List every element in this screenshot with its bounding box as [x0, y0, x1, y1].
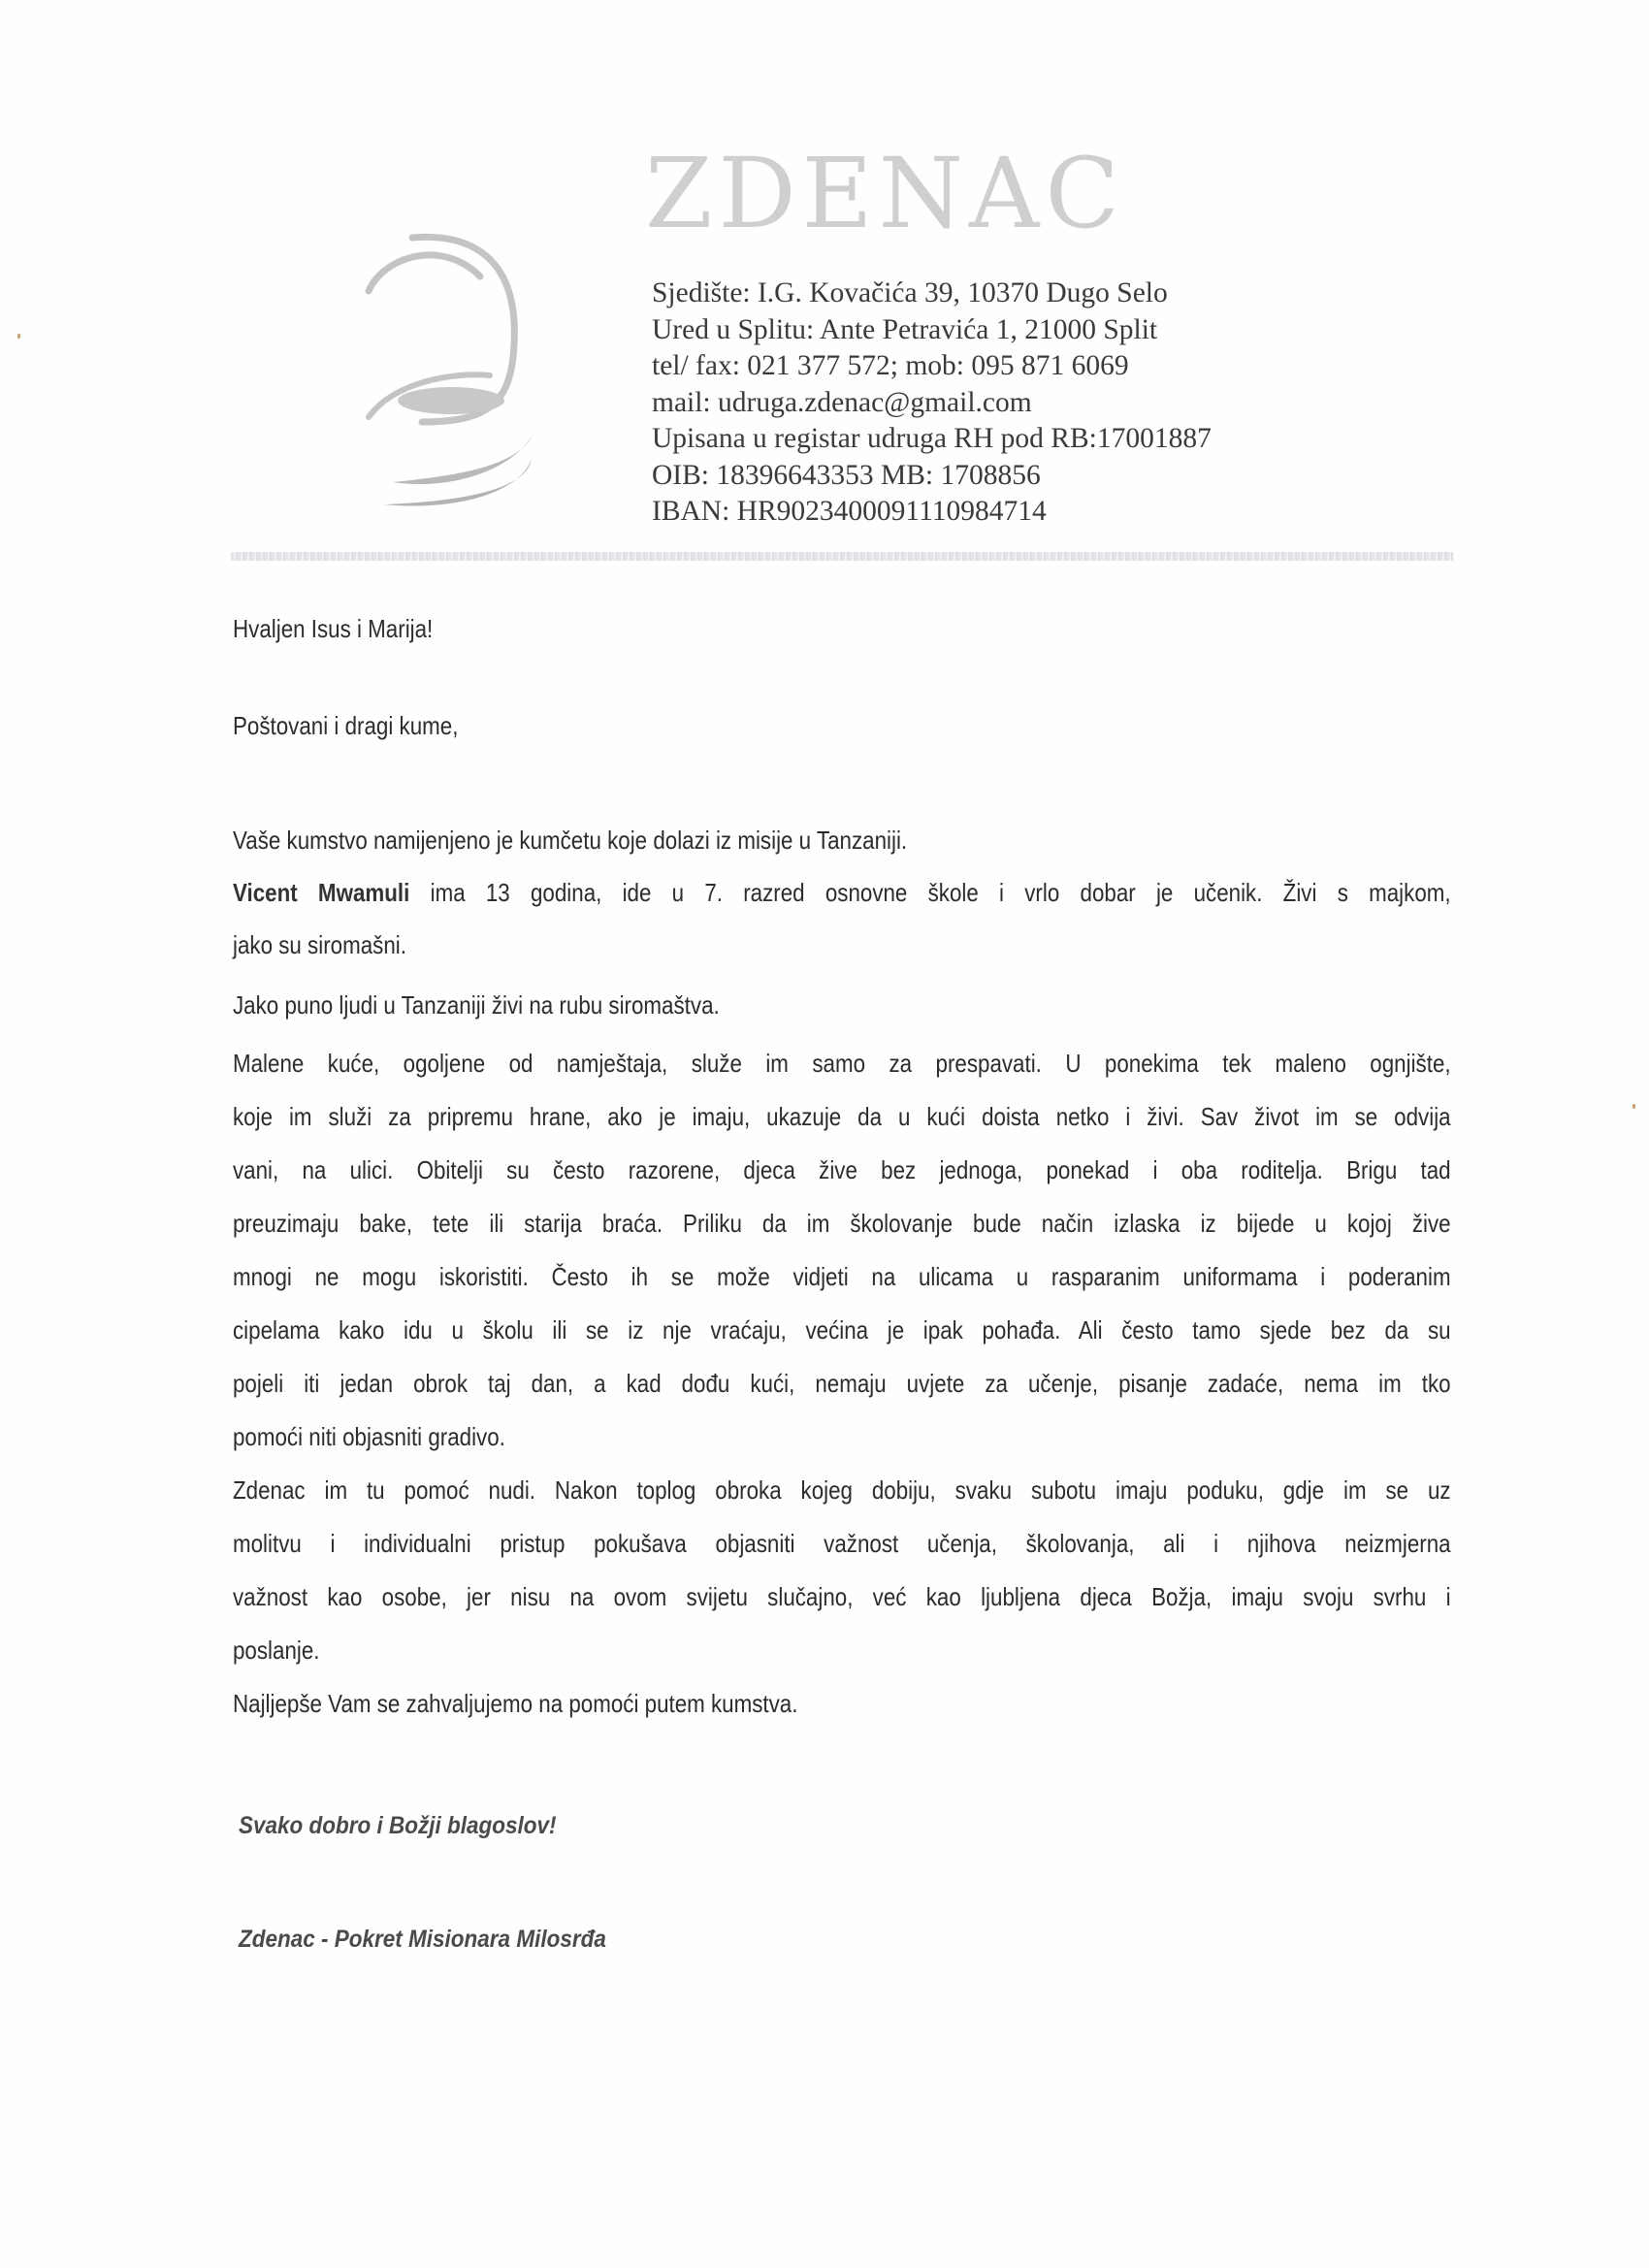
address-hq: Sjedište: I.G. Kovačića 39, 10370 Dugo S…: [652, 275, 1212, 312]
body-line: jako su siromašni.: [233, 930, 406, 960]
thanks-line: Najljepše Vam se zahvaljujemo na pomoći …: [233, 1689, 797, 1719]
signature: Zdenac - Pokret Misionara Milosrđa: [239, 1926, 606, 1954]
registry-line: Upisana u registar udruga RH pod RB:1700…: [652, 421, 1212, 458]
well-swirl-logo-icon: [354, 228, 548, 509]
body-line: važnost kao osobe, jer nisu na ovom svij…: [233, 1582, 1451, 1612]
body-line: mnogi ne mogu iskoristiti. Često ih se m…: [233, 1262, 1451, 1292]
scan-speck: [17, 334, 20, 339]
oib-mb-line: OIB: 18396643353 MB: 1708856: [652, 458, 1212, 495]
closing-blessing: Svako dobro i Božji blagoslov!: [239, 1812, 557, 1840]
letter-page: ZDENAC Sjedište: I.G. Kovačića 39, 10370…: [0, 0, 1649, 2268]
address-split-office: Ured u Splitu: Ante Petravića 1, 21000 S…: [652, 312, 1212, 349]
body-line: Malene kuće, ogoljene od namještaja, slu…: [233, 1049, 1451, 1079]
scan-speck: [1633, 1104, 1635, 1109]
body-line: vani, na ulici. Obitelji su često razore…: [233, 1155, 1451, 1185]
child-name: Vicent Mwamuli: [233, 878, 409, 907]
child-info-text: ima 13 godina, ide u 7. razred osnovne š…: [409, 878, 1450, 907]
iban-line: IBAN: HR9023400091110984714: [652, 494, 1212, 531]
body-line: molitvu i individualni pristup pokušava …: [233, 1529, 1451, 1559]
body-line: koje im služi za pripremu hrane, ako je …: [233, 1102, 1451, 1132]
phone-line: tel/ fax: 021 377 572; mob: 095 871 6069: [652, 348, 1212, 385]
body-line: pojeli iti jedan obrok taj dan, a kad do…: [233, 1369, 1451, 1399]
body-line: Jako puno ljudi u Tanzaniji živi na rubu…: [233, 990, 720, 1021]
header-divider: [231, 552, 1453, 561]
child-info-line: Vicent Mwamuli ima 13 godina, ide u 7. r…: [233, 878, 1451, 908]
body-line: preuzimaju bake, tete ili starija braća.…: [233, 1209, 1451, 1239]
intro-line: Vaše kumstvo namijenjeno je kumčetu koje…: [233, 826, 907, 856]
org-name: ZDENAC: [645, 146, 1125, 243]
body-line: poslanje.: [233, 1636, 320, 1666]
body-line: Zdenac im tu pomoć nudi. Nakon toplog ob…: [233, 1475, 1451, 1506]
body-line: cipelama kako idu u školu ili se iz nje …: [233, 1315, 1451, 1345]
email-line: mail: udruga.zdenac@gmail.com: [652, 385, 1212, 422]
contact-block: Sjedište: I.G. Kovačića 39, 10370 Dugo S…: [652, 275, 1212, 531]
body-line: pomoći niti objasniti gradivo.: [233, 1422, 505, 1452]
salutation: Poštovani i dragi kume,: [233, 711, 458, 741]
greeting: Hvaljen Isus i Marija!: [233, 614, 433, 644]
